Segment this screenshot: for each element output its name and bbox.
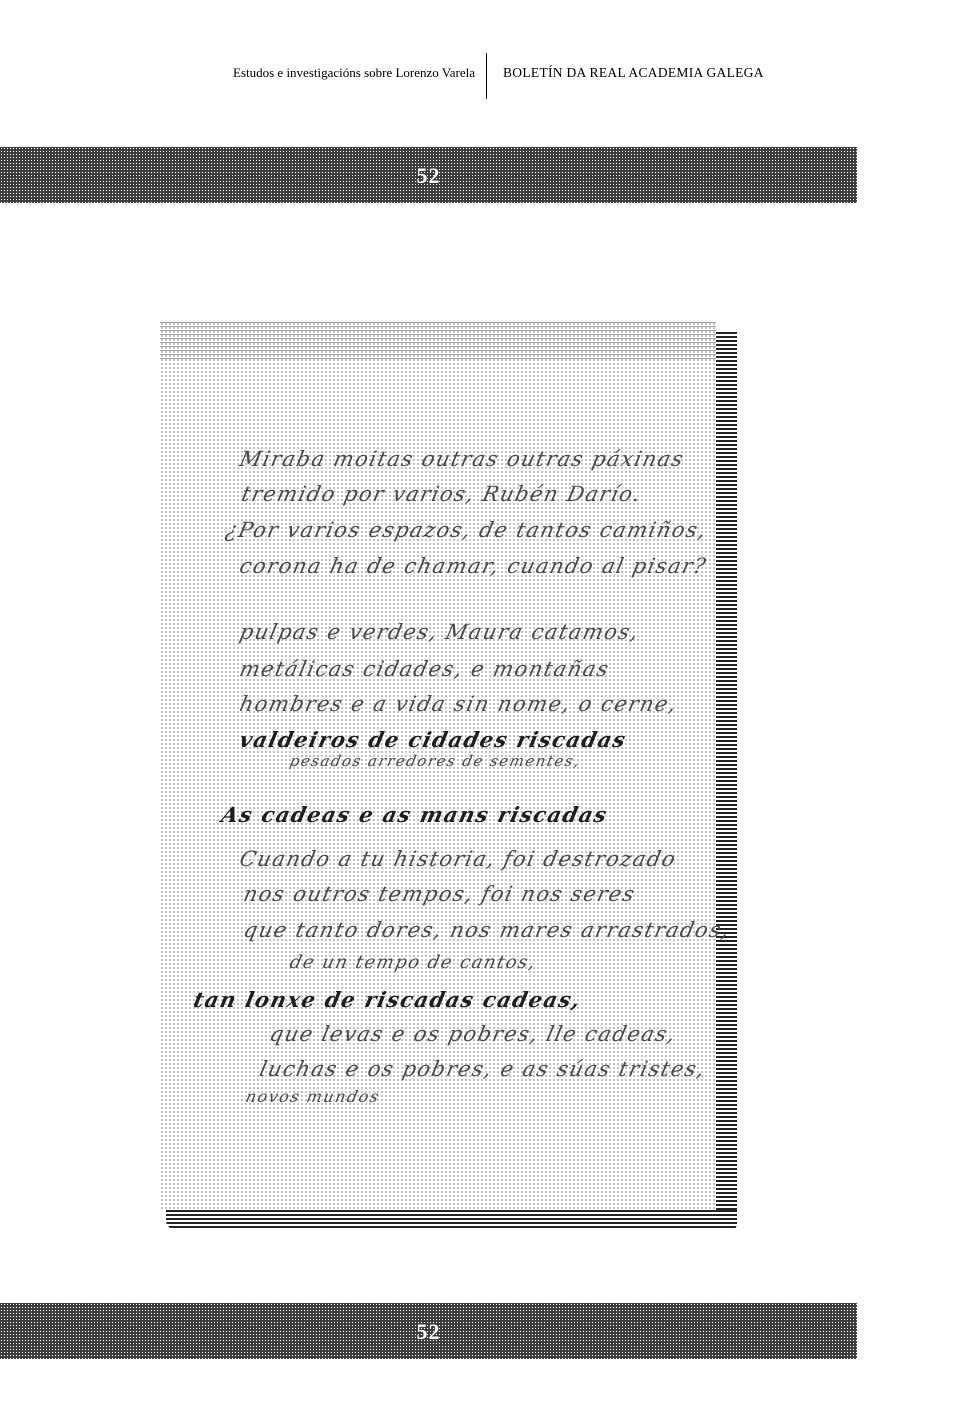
manuscript-line: que tanto dores, nos mares arrastrados,	[241, 918, 732, 942]
manuscript-line: pulpas e verdes, Maura catamos,	[237, 620, 641, 644]
manuscript-line: tremido por varios, Rubén Darío.	[239, 482, 644, 506]
manuscript-line: tan lonxe de riscadas cadeas,	[191, 987, 583, 1012]
manuscript-line: luchas e os pobres, e as súas tristes,	[257, 1057, 708, 1081]
manuscript-line: As cadeas e as mans riscadas	[219, 802, 610, 827]
manuscript-line: novos mundos	[244, 1087, 382, 1106]
manuscript-figure: Miraba moitas outras outras páxinas trem…	[160, 322, 737, 1230]
manuscript-line: que levas e os pobres, lle cadeas,	[267, 1022, 678, 1046]
manuscript-line: de un tempo de cantos,	[288, 952, 539, 973]
manuscript-line: ¿Por varios espazos, de tantos camiños,	[223, 518, 709, 542]
running-head-divider	[486, 53, 487, 99]
manuscript-line: Cuando a tu historia, foi destrozado	[237, 847, 678, 871]
handwritten-text: Miraba moitas outras outras páxinas trem…	[160, 322, 716, 1210]
running-head-journal-title: BOLETÍN DA REAL ACADEMIA GALEGA	[503, 65, 764, 81]
page-number-band-top: 52	[0, 147, 857, 203]
manuscript-line: Miraba moitas outras outras páxinas	[237, 447, 686, 471]
page-number-band-bottom: 52	[0, 1303, 857, 1359]
manuscript-line: pesados arredores de sementes,	[288, 752, 582, 770]
figure-shadow-bottom	[166, 1210, 737, 1230]
running-head: Estudos e investigacións sobre Lorenzo V…	[0, 53, 975, 99]
manuscript-line: metálicas cidades, e montañas	[237, 657, 611, 681]
manuscript-line: hombres e a vida sin nome, o cerne,	[237, 692, 679, 716]
page-number: 52	[0, 163, 857, 189]
footer-page-number: 52	[0, 1319, 857, 1345]
manuscript-line: corona ha de chamar, cuando al pisar?	[237, 554, 709, 578]
manuscript-paper: Miraba moitas outras outras páxinas trem…	[160, 322, 716, 1210]
manuscript-line: nos outros tempos, foi nos seres	[241, 882, 637, 906]
figure-shadow-right	[716, 332, 737, 1222]
manuscript-line: valdeiros de cidades riscadas	[237, 727, 629, 752]
running-head-section-title: Estudos e investigacións sobre Lorenzo V…	[233, 65, 475, 81]
